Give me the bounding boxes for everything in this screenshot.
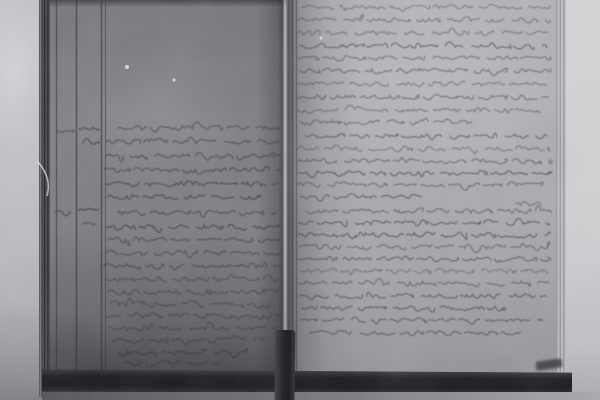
book-bottom-edge-shadow [42, 369, 572, 394]
ledger-right-page [287, 0, 566, 393]
ledger-left-page [46, 0, 287, 396]
archive-photo [0, 0, 600, 400]
photo-backdrop-right [566, 0, 600, 400]
page-edge-stack-right [556, 0, 566, 390]
page-edge-stack-left [39, 0, 49, 397]
book-bottom-edge [42, 392, 600, 400]
left-page-top-shadow [46, 0, 287, 7]
binding-post [275, 330, 296, 400]
